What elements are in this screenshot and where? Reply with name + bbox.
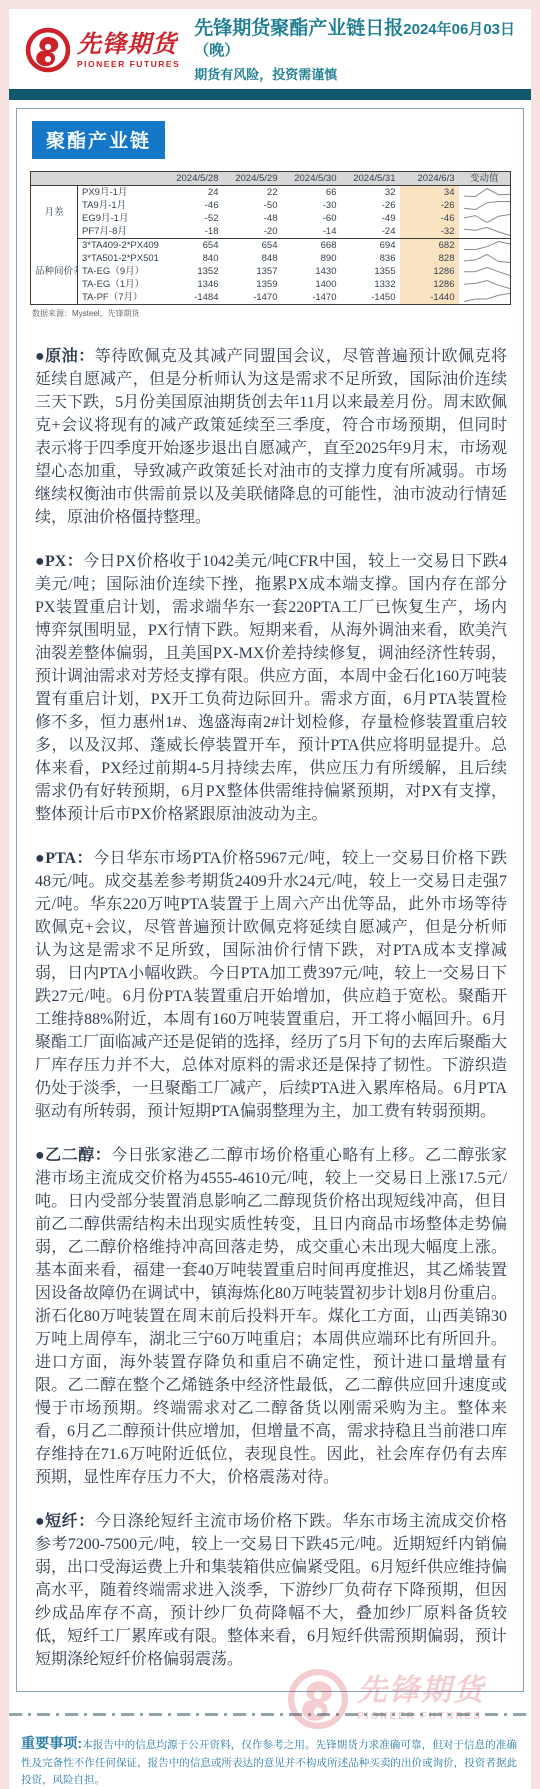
sparkline-chart — [463, 213, 511, 224]
table-row: 品种间价差3*TA409-2*PX409654654668694682 — [31, 238, 511, 252]
column-header-date: 2024/5/31 — [341, 171, 400, 185]
pioneer-logo-icon — [25, 27, 71, 73]
sparkline-cell — [459, 225, 511, 239]
logo-cn-text: 先锋期货 — [77, 32, 180, 56]
value-cell: -26 — [400, 199, 459, 212]
value-cell: -18 — [164, 225, 223, 239]
company-logo: 先锋期货 PIONEER FUTURES — [25, 27, 180, 73]
paragraph-text: 今日涤纶短纤主流市场价格下跌。华东市场主流成交价格参考7200-7500元/吨，… — [35, 1513, 507, 1668]
sparkline-chart — [463, 292, 511, 303]
paragraph-text: 今日PX价格收于1042美元/吨CFR中国，较上一交易日下跌4美元/吨；国际油价… — [35, 553, 507, 823]
paragraph-label: ●乙二醇： — [35, 1147, 111, 1164]
row-label: TA-PF（7月） — [78, 291, 164, 305]
value-cell: 654 — [223, 238, 282, 252]
sparkline-cell — [459, 291, 511, 305]
paragraph-px: ●PX：今日PX价格收于1042美元/吨CFR中国，较上一交易日下跌4美元/吨；… — [35, 550, 507, 826]
column-header-date: 2024/5/29 — [223, 171, 282, 185]
value-cell: 24 — [164, 185, 223, 199]
value-cell: 1352 — [164, 265, 223, 278]
table-row: PF7月-8月-18-20-14-24-32 — [31, 225, 511, 239]
value-cell: -14 — [282, 225, 341, 239]
value-cell: 654 — [164, 238, 223, 252]
value-cell: -1440 — [400, 291, 459, 305]
value-cell: 836 — [341, 252, 400, 265]
value-cell: 1286 — [400, 278, 459, 291]
row-label: PX9月-1月 — [78, 185, 164, 199]
paragraph-label: ●短纤： — [35, 1513, 95, 1530]
value-cell: 694 — [341, 238, 400, 252]
value-cell: -32 — [400, 225, 459, 239]
paragraph-text: 等待欧佩克及其减产同盟国会议，尽管普遍预计欧佩克将延续自愿减产，但是分析师认为这… — [35, 348, 507, 526]
content-card: 聚酯产业链 2024/5/28 2024/5/29 2024/5/30 2024… — [16, 108, 524, 1692]
row-label: PF7月-8月 — [78, 225, 164, 239]
paragraph-label: ●原油： — [35, 348, 95, 365]
value-cell: 1400 — [282, 278, 341, 291]
commentary-section: ●原油：等待欧佩克及其减产同盟国会议，尽管普遍预计欧佩克将延续自愿减产，但是分析… — [30, 345, 511, 1671]
value-cell: -24 — [341, 225, 400, 239]
logo-en-text: PIONEER FUTURES — [77, 60, 180, 69]
column-header-date-latest: 2024/6/3 — [400, 171, 459, 185]
sparkline-cell — [459, 278, 511, 291]
footer-watermark-logo: 先锋期货 PIONEER FUTURES — [287, 1668, 485, 1730]
value-cell: -52 — [164, 212, 223, 225]
watermark-en-text: PIONEER FUTURES — [357, 1711, 485, 1722]
value-cell: 1355 — [341, 265, 400, 278]
value-cell: 840 — [164, 252, 223, 265]
value-cell: 1430 — [282, 265, 341, 278]
sparkline-chart — [463, 240, 511, 251]
table-row: TA-EG（9月）13521357143013551286 — [31, 265, 511, 278]
paragraph-pta: ●PTA：今日华东市场PTA价格5967元/吨，较上一交易日价格下跌48元/吨。… — [35, 847, 507, 1123]
sparkline-cell — [459, 265, 511, 278]
value-cell: 22 — [223, 185, 282, 199]
value-cell: -60 — [282, 212, 341, 225]
value-cell: 890 — [282, 252, 341, 265]
sparkline-cell — [459, 212, 511, 225]
paragraph-text: 今日华东市场PTA价格5967元/吨，较上一交易日价格下跌48元/吨。成交基差参… — [35, 850, 507, 1120]
paragraph-text: 今日张家港乙二醇市场价格重心略有上移。乙二醇张家港市场主流成交价格为4555-4… — [35, 1147, 507, 1486]
column-header-date: 2024/5/28 — [164, 171, 223, 185]
sparkline-cell — [459, 185, 511, 199]
disclaimer-text: 本报告中的信息均源于公开资料，仅作参考之用。先锋期货力求准确可靠，但对于信息的准… — [21, 1739, 517, 1786]
sparkline-chart — [463, 226, 511, 237]
value-cell: -1450 — [341, 291, 400, 305]
value-cell: 828 — [400, 252, 459, 265]
table-row: 月差PX9月-1月2422663234 — [31, 185, 511, 199]
sparkline-chart — [463, 279, 511, 290]
value-cell: 1359 — [223, 278, 282, 291]
row-group-label: 品种间价差 — [31, 238, 78, 304]
row-label: 3*TA501-2*PX501 — [78, 252, 164, 265]
table-row: EG9月-1月-52-48-60-49-46 — [31, 212, 511, 225]
table-row: 3*TA501-2*PX501840848890836828 — [31, 252, 511, 265]
disclaimer-label: 重要事项: — [21, 1735, 82, 1751]
value-cell: -1470 — [223, 291, 282, 305]
value-cell: 1357 — [223, 265, 282, 278]
sparkline-cell — [459, 252, 511, 265]
value-cell: -30 — [282, 199, 341, 212]
value-cell: 1346 — [164, 278, 223, 291]
pioneer-logo-icon — [287, 1668, 349, 1730]
value-cell: -49 — [341, 212, 400, 225]
row-label: EG9月-1月 — [78, 212, 164, 225]
value-cell: 66 — [282, 185, 341, 199]
value-cell: 682 — [400, 238, 459, 252]
value-cell: -20 — [223, 225, 282, 239]
value-cell: -1470 — [282, 291, 341, 305]
data-source-note: 数据来源：Mysteel，先锋期货 — [32, 308, 511, 319]
row-group-label: 月差 — [31, 185, 78, 238]
table-row: TA-PF（7月）-1484-1470-1470-1450-1440 — [31, 291, 511, 305]
sparkline-cell — [459, 238, 511, 252]
paragraph-psf: ●短纤：今日涤纶短纤主流市场价格下跌。华东市场主流成交价格参考7200-7500… — [35, 1510, 507, 1671]
table-row: TA9月-1月-46-50-30-26-26 — [31, 199, 511, 212]
sparkline-chart — [463, 253, 511, 264]
value-cell: -46 — [164, 199, 223, 212]
value-cell: -26 — [341, 199, 400, 212]
row-label: TA9月-1月 — [78, 199, 164, 212]
report-title: 先锋期货聚酯产业链日报 — [194, 18, 403, 39]
risk-warning: 期货有风险，投资需谨慎 — [194, 64, 517, 83]
value-cell: -50 — [223, 199, 282, 212]
column-header-change: 变动值 — [459, 171, 511, 185]
sparkline-chart — [463, 200, 511, 211]
header-divider-bar — [9, 89, 531, 100]
section-badge: 聚酯产业链 — [32, 121, 165, 159]
report-header: 先锋期货 PIONEER FUTURES 先锋期货聚酯产业链日报2024年06月… — [9, 9, 531, 89]
table-row: TA-EG（1月）13461359140013321286 — [31, 278, 511, 291]
row-label: 3*TA409-2*PX409 — [78, 238, 164, 252]
table-corner-cell — [31, 171, 78, 185]
spread-table: 2024/5/28 2024/5/29 2024/5/30 2024/5/31 … — [30, 171, 511, 305]
value-cell: 1286 — [400, 265, 459, 278]
value-cell: 1332 — [341, 278, 400, 291]
report-page: 先锋期货 PIONEER FUTURES 先锋期货聚酯产业链日报2024年06月… — [0, 0, 540, 1789]
paragraph-crude-oil: ●原油：等待欧佩克及其减产同盟国会议，尽管普遍预计欧佩克将延续自愿减产，但是分析… — [35, 345, 507, 529]
row-label: TA-EG（1月） — [78, 278, 164, 291]
value-cell: -46 — [400, 212, 459, 225]
watermark-cn-text: 先锋期货 — [357, 1676, 485, 1706]
sparkline-chart — [463, 187, 511, 198]
paragraph-label: ●PTA： — [35, 850, 93, 867]
value-cell: 668 — [282, 238, 341, 252]
paragraph-label: ●PX： — [35, 553, 83, 570]
paragraph-meg: ●乙二醇：今日张家港乙二醇市场价格重心略有上移。乙二醇张家港市场主流成交价格为4… — [35, 1144, 507, 1489]
value-cell: 848 — [223, 252, 282, 265]
table-header-row: 2024/5/28 2024/5/29 2024/5/30 2024/5/31 … — [31, 171, 511, 185]
value-cell: 32 — [341, 185, 400, 199]
row-label: TA-EG（9月） — [78, 265, 164, 278]
value-cell: 34 — [400, 185, 459, 199]
value-cell: -48 — [223, 212, 282, 225]
sparkline-cell — [459, 199, 511, 212]
table-corner-cell — [78, 171, 164, 185]
column-header-date: 2024/5/30 — [282, 171, 341, 185]
value-cell: -1484 — [164, 291, 223, 305]
sparkline-chart — [463, 266, 511, 277]
